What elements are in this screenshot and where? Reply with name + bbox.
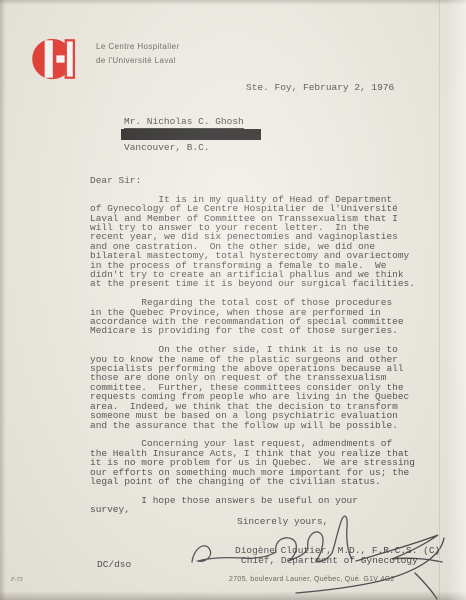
- salutation: Dear Sir:: [90, 176, 426, 185]
- paragraph-1: It is in my quality of Head of Departmen…: [90, 195, 426, 289]
- footer-address: 2705, boulevard Laurier, Québec, Qué. G1…: [229, 576, 395, 583]
- paragraph-3: On the other side, I think it is no use …: [90, 345, 426, 430]
- letterhead-org-name: Le Centre Hospitalier de l'Université La…: [96, 40, 180, 68]
- scan-edge-line: [439, 0, 440, 600]
- signer-title: Chief, Department of Gynecology: [241, 555, 418, 566]
- org-line-1: Le Centre Hospitalier: [96, 40, 180, 54]
- chul-logo-icon: [31, 36, 89, 82]
- org-line-2: de l'Université Laval: [96, 54, 180, 68]
- reference-initials: DC/dso: [97, 559, 131, 570]
- date-line: Ste. Foy, February 2, 1976: [246, 82, 394, 93]
- paragraph-5: I hope those answers be useful on your s…: [90, 496, 426, 515]
- recipient-name: Mr. Nicholas C. Ghosh: [124, 116, 244, 129]
- form-number: F-73: [11, 577, 23, 583]
- paragraph-2: Regarding the total cost of those proced…: [90, 298, 426, 336]
- valediction: Sincerely yours,: [237, 516, 328, 527]
- recipient-city: Vancouver, B.C.: [124, 142, 210, 153]
- scanned-letter-page: Le Centre Hospitalier de l'Université La…: [0, 0, 466, 600]
- paragraph-4: Concerning your last request, admendment…: [90, 439, 426, 486]
- letter-body: Dear Sir: It is in my quality of Head of…: [90, 176, 426, 524]
- redacted-address-bar: [121, 129, 261, 140]
